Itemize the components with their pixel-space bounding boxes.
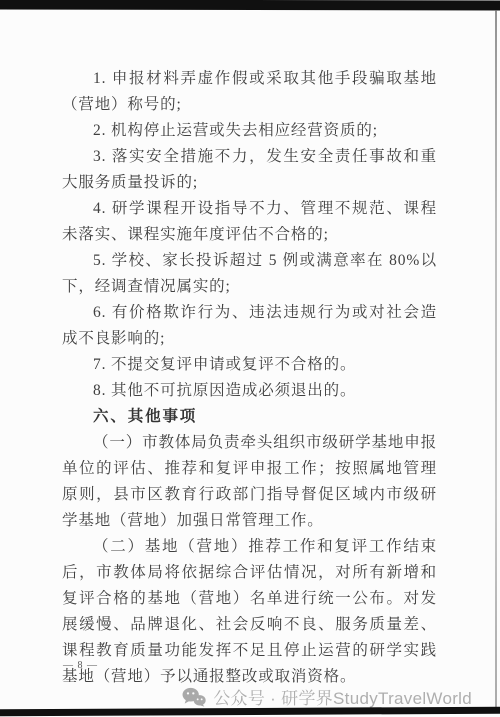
watermark-text: 公众号 · 研学界StudyTravelWorld bbox=[213, 684, 472, 709]
wechat-icon bbox=[182, 687, 206, 707]
paragraph: 8. 其他不可抗原因造成必须退出的。 bbox=[62, 378, 437, 404]
paragraph: 7. 不提交复评申请或复评不合格的。 bbox=[62, 352, 437, 378]
paragraph: 3. 落实安全措施不力，发生安全责任事故和重大服务质量投诉的; bbox=[62, 144, 437, 196]
paragraph: 5. 学校、家长投诉超过 5 例或满意率在 80%以下，经调查情况属实的; bbox=[62, 248, 437, 300]
section-heading: 六、其他事项 bbox=[62, 404, 437, 430]
page-number: — 8 — bbox=[63, 660, 98, 671]
paragraph: （一）市教体局负责牵头组织市级研学基地申报单位的评估、推荐和复评申报工作；按照属… bbox=[62, 430, 437, 534]
paragraph: 4. 研学课程开设指导不力、管理不规范、课程未落实、课程实施年度评估不合格的; bbox=[62, 196, 437, 248]
paragraph: 2. 机构停止运营或失去相应经营资质的; bbox=[62, 118, 437, 144]
paragraph: 6. 有价格欺诈行为、违法违规行为或对社会造成不良影响的; bbox=[62, 300, 437, 352]
scanned-document-page: 1. 申报材料弄虚作假或采取其他手段骗取基地（营地）称号的;2. 机构停止运营或… bbox=[0, 0, 500, 717]
watermark: 公众号 · 研学界StudyTravelWorld bbox=[182, 684, 472, 709]
top-scan-edge bbox=[0, 0, 500, 11]
paragraph: （二）基地（营地）推荐工作和复评工作结束后，市教体局将依据综合评估情况，对所有新… bbox=[62, 534, 437, 690]
document-body: 1. 申报材料弄虚作假或采取其他手段骗取基地（营地）称号的;2. 机构停止运营或… bbox=[62, 66, 437, 690]
page-edge-line bbox=[495, 10, 497, 707]
paragraph: 1. 申报材料弄虚作假或采取其他手段骗取基地（营地）称号的; bbox=[62, 66, 437, 118]
bottom-scan-edge bbox=[0, 707, 500, 717]
